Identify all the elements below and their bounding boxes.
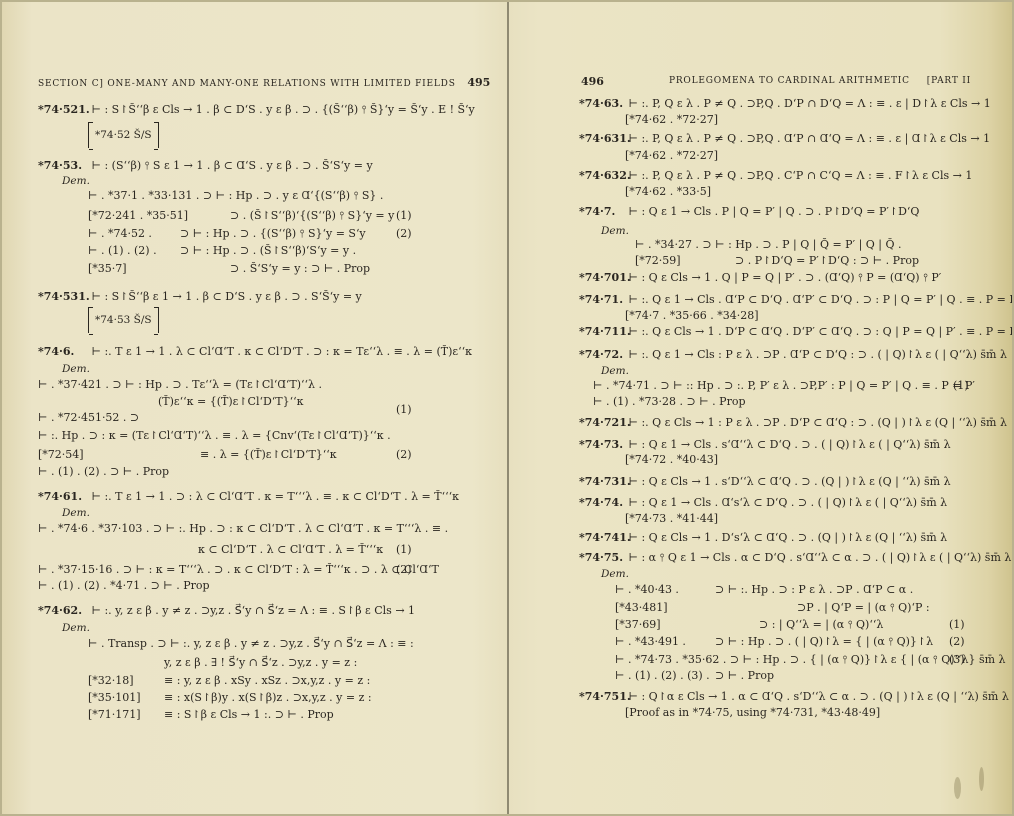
prop-74-701: *74·701. ⊢ : Q ε Cls → 1 . Q | P = Q | P… <box>579 271 941 285</box>
proof-ref: [*72·59] <box>635 254 681 268</box>
prop-number: *74·531. <box>38 290 88 304</box>
proof-ref: [*35·101] <box>88 691 141 705</box>
proof-line: ⊢ . *37·15·16 . ⊃ ⊢ : κ = T‘‘‘λ . ⊃ . κ … <box>38 563 439 577</box>
prop-statement: ⊢ : Q ε Cls → 1 . Q | P = Q | P′ . ⊃ . (… <box>629 271 942 284</box>
citation: [*74·62 . *72·27] <box>625 113 718 127</box>
left-running-title: SECTION C] ONE-MANY AND MANY-ONE RELATIO… <box>38 79 456 89</box>
prop-number: *74·631. <box>579 132 625 146</box>
prop-number: *74·521. <box>38 103 88 117</box>
proof-ref: ⊢ . *43·491 . <box>615 635 686 649</box>
proof-step: ≡ : S↾β ε Cls → 1 :. ⊃ ⊢ . Prop <box>164 708 334 722</box>
proof-ref: ⊢ . *74·52 . <box>88 227 152 241</box>
prop-statement: ⊢ :. T ε 1 → 1 . ⊃ : λ ⊂ Cl‘Ɑ‘T . κ = T‘… <box>92 490 459 503</box>
proof-line: ⊢ . *34·27 . ⊃ ⊢ : Hp . ⊃ . P | Q | Q̆ =… <box>635 238 902 252</box>
prop-number: *74·61. <box>38 490 88 504</box>
paper-stain <box>954 777 961 799</box>
citation: [*74·72 . *40·43] <box>625 453 718 467</box>
proof-line: ⊢ :. Hp . ⊃ : κ = (Tε↾Cl‘Ɑ‘T)‘‘λ . ≡ . λ… <box>38 429 391 443</box>
dem-label: Dem. <box>62 506 90 520</box>
proof-step: ⊃ . S̆‘S‘y = y : ⊃ ⊢ . Prop <box>230 262 370 276</box>
prop-number: *74·63. <box>579 97 625 111</box>
dem-label: Dem. <box>601 567 629 581</box>
proof-step: ⊃ ⊢ : Hp . ⊃ . (S̆↾S‘‘β)‘S‘y = y . <box>180 244 356 258</box>
citation: [*74·73 . *41·44] <box>625 512 718 526</box>
right-page: 496 PROLEGOMENA TO CARDINAL ARITHMETIC [… <box>509 2 1012 814</box>
proof-step: ⊃ ⊢ . Prop <box>715 669 774 683</box>
prop-statement: ⊢ : Q ε Cls → 1 . s‘D‘‘λ ⊂ Ɑ‘Q . ⊃ . (Q … <box>629 475 951 488</box>
prop-statement: ⊢ : Q↾α ε Cls → 1 . α ⊂ Ɑ‘Q . s‘D‘‘λ ⊂ α… <box>629 690 1009 703</box>
prop-statement: ⊢ : α ⫯ Q ε 1 → Cls . α ⊂ D‘Q . s‘Ɑ‘‘λ ⊂… <box>629 551 1012 564</box>
prop-74-7: *74·7. ⊢ : Q ε 1 → Cls . P | Q = P′ | Q … <box>579 205 919 219</box>
paper-stain <box>979 767 984 791</box>
prop-statement: ⊢ :. Q ε 1 → Cls : P ε λ . ⊃P . Ɑ‘P ⊂ D‘… <box>629 348 1007 361</box>
prop-74-631: *74·631. ⊢ :. P, Q ε λ . P ≠ Q . ⊃P,Q . … <box>579 132 990 146</box>
eq-number: (1) <box>396 403 412 417</box>
eq-number: (3) <box>949 653 965 667</box>
dem-label: Dem. <box>62 174 90 188</box>
prop-74-521: *74·521. ⊢ : S↾S̆‘‘β ε Cls → 1 . β ⊂ D‘S… <box>38 103 475 117</box>
proof-ref: [*43·481] <box>615 601 668 615</box>
prop-74-62: *74·62. ⊢ :. y, z ε β . y ≠ z . ⊃y,z . S… <box>38 604 415 618</box>
proof-step: ≡ : y, z ε β . xSy . xSz . ⊃x,y,z . y = … <box>164 674 370 688</box>
prop-number: *74·7. <box>579 205 625 219</box>
proof-ref: [*71·171] <box>88 708 141 722</box>
proof-step: κ ⊂ Cl‘D‘T . λ ⊂ Cl‘Ɑ‘T . λ = T̆‘‘‘κ <box>198 543 383 557</box>
left-page: SECTION C] ONE-MANY AND MANY-ONE RELATIO… <box>2 2 507 814</box>
eq-number: (1) <box>953 379 969 393</box>
prop-74-711: *74·711. ⊢ :. Q ε Cls → 1 . D‘P ⊂ Ɑ‘Q . … <box>579 325 1012 339</box>
proof-step: ≡ . λ = {(T̆)ε↾Cl‘D‘T}‘‘κ <box>200 448 337 462</box>
prop-74-632: *74·632. ⊢ :. P, Q ε λ . P ≠ Q . ⊃P,Q . … <box>579 169 972 183</box>
citation: [*74·7 . *35·66 . *34·28] <box>625 309 759 323</box>
proof-ref: [*32·18] <box>88 674 134 688</box>
proof-step: ⊃P . | Q‘P = | (α ⫯ Q)‘P : <box>797 601 930 615</box>
prop-74-72: *74·72. ⊢ :. Q ε 1 → Cls : P ε λ . ⊃P . … <box>579 348 1007 362</box>
prop-number: *74·751. <box>579 690 625 704</box>
prop-number: *74·741. <box>579 531 625 545</box>
proof-ref: ⊢ . (1) . (2) . (3) . <box>615 669 710 683</box>
book-spread: SECTION C] ONE-MANY AND MANY-ONE RELATIO… <box>2 2 1012 814</box>
proof-line: ⊢ . (1) . (2) . *4·71 . ⊃ ⊢ . Prop <box>38 579 210 593</box>
dem-label: Dem. <box>62 362 90 376</box>
prop-number: *74·53. <box>38 159 88 173</box>
proof-line: ⊢ . *74·71 . ⊃ ⊢ :: Hp . ⊃ :. P, P′ ε λ … <box>593 379 975 393</box>
proof-line: ⊢ . (1) . (2) . ⊃ ⊢ . Prop <box>38 465 169 479</box>
proof-step: ⊃ : | Q‘‘λ = | (α ⫯ Q)‘‘λ <box>759 618 883 632</box>
proof-ref: ⊢ . *40·43 . <box>615 583 679 597</box>
proof-step: y, z ε β . ∃ ! S⃗‘y ∩ S⃗‘z . ⊃y,z . y = … <box>164 656 357 670</box>
prop-number: *74·731. <box>579 475 625 489</box>
prop-statement: ⊢ :. P, Q ε λ . P ≠ Q . ⊃P,Q . Ɑ‘P ∩ Ɑ‘Q… <box>629 132 991 145</box>
proof-step: ≡ : x(S↾β)y . x(S↾β)z . ⊃x,y,z . y = z : <box>164 691 372 705</box>
prop-74-531: *74·531. ⊢ : S↾S̆‘‘β ε 1 → 1 . β ⊂ D‘S .… <box>38 290 362 304</box>
proof-line: ⊢ . *72·451·52 . ⊃ <box>38 411 139 425</box>
eq-number: (1) <box>396 543 412 557</box>
prop-number: *74·71. <box>579 293 625 307</box>
left-page-number: 495 <box>467 76 490 89</box>
prop-number: *74·72. <box>579 348 625 362</box>
prop-74-71: *74·71. ⊢ :. Q ε 1 → Cls . Ɑ‘P ⊂ D‘Q . Ɑ… <box>579 293 1012 307</box>
proof-ref: [*35·7] <box>88 262 127 276</box>
prop-statement: ⊢ :. Q ε Cls → 1 : P ε λ . ⊃P . D‘P ⊂ Ɑ‘… <box>629 416 1007 429</box>
proof-step: ⊃ ⊢ : Hp . ⊃ . ( | Q)↾λ = { | (α ⫯ Q)}↾λ <box>715 635 933 649</box>
eq-number: (2) <box>949 635 965 649</box>
prop-74-721: *74·721. ⊢ :. Q ε Cls → 1 : P ε λ . ⊃P .… <box>579 416 1007 430</box>
prop-statement: ⊢ :. Q ε Cls → 1 . D‘P ⊂ Ɑ‘Q . D‘P′ ⊂ Ɑ‘… <box>629 325 1013 338</box>
dem-label: Dem. <box>62 621 90 635</box>
proof-line: ⊢ . *74·6 . *37·103 . ⊃ ⊢ :. Hp . ⊃ : κ … <box>38 522 448 536</box>
proof-line: ⊢ . (1) . *73·28 . ⊃ ⊢ . Prop <box>593 395 746 409</box>
prop-statement: ⊢ :. Q ε 1 → Cls . Ɑ‘P ⊂ D‘Q . Ɑ‘P′ ⊂ D‘… <box>629 293 1013 306</box>
prop-statement: ⊢ : Q ε 1 → Cls . s‘Ɑ‘‘λ ⊂ D‘Q . ⊃ . ( |… <box>629 438 951 451</box>
prop-number: *74·73. <box>579 438 625 452</box>
prop-74-61: *74·61. ⊢ :. T ε 1 → 1 . ⊃ : λ ⊂ Cl‘Ɑ‘T … <box>38 490 459 504</box>
proof-ref: [*72·54] <box>38 448 84 462</box>
prop-number: *74·711. <box>579 325 625 339</box>
right-page-number: 496 <box>581 75 604 88</box>
prop-74-74: *74·74. ⊢ : Q ε 1 → Cls . Ɑ‘s‘λ ⊂ D‘Q . … <box>579 496 947 510</box>
eq-number: (1) <box>396 209 412 223</box>
prop-statement: ⊢ :. y, z ε β . y ≠ z . ⊃y,z . S⃗‘y ∩ S⃗… <box>92 604 416 617</box>
proof-line: ⊢ . *74·73 . *35·62 . ⊃ ⊢ : Hp . ⊃ . { |… <box>615 653 1006 667</box>
prop-statement: ⊢ : S↾S̆‘‘β ε 1 → 1 . β ⊂ D‘S . y ε β . … <box>92 290 362 303</box>
prop-74-73: *74·73. ⊢ : Q ε 1 → Cls . s‘Ɑ‘‘λ ⊂ D‘Q .… <box>579 438 951 452</box>
proof-line: ⊢ . Transp . ⊃ ⊢ :. y, z ε β . y ≠ z . ⊃… <box>88 637 414 651</box>
prop-number: *74·632. <box>579 169 625 183</box>
prop-number: *74·6. <box>38 345 88 359</box>
prop-statement: ⊢ : Q ε 1 → Cls . Ɑ‘s‘λ ⊂ D‘Q . ⊃ . ( | … <box>629 496 948 509</box>
prop-74-53: *74·53. ⊢ : (S‘‘β) ⫯ S ε 1 → 1 . β ⊂ Ɑ‘S… <box>38 159 373 173</box>
prop-74-741: *74·741. ⊢ : Q ε Cls → 1 . D‘s‘λ ⊂ Ɑ‘Q .… <box>579 531 947 545</box>
prop-number: *74·721. <box>579 416 625 430</box>
proof-step: ⊃ ⊢ :. Hp . ⊃ : P ε λ . ⊃P . Ɑ‘P ⊂ α . <box>715 583 913 597</box>
proof-line: ⊢ . *37·421 . ⊃ ⊢ : Hp . ⊃ . Tε‘‘λ = (Tε… <box>38 378 322 392</box>
prop-statement: ⊢ :. P, Q ε λ . P ≠ Q . ⊃P,Q . C‘P ∩ C‘Q… <box>629 169 973 182</box>
prop-statement: ⊢ : Q ε Cls → 1 . D‘s‘λ ⊂ Ɑ‘Q . ⊃ . (Q |… <box>629 531 948 544</box>
prop-number: *74·75. <box>579 551 625 565</box>
prop-statement: ⊢ :. P, Q ε λ . P ≠ Q . ⊃P,Q . D‘P ∩ D‘Q… <box>629 97 991 110</box>
substitution-ref: *74·52 S̆/S <box>88 122 159 148</box>
prop-number: *74·62. <box>38 604 88 618</box>
part-label: [PART II <box>927 76 971 86</box>
right-running-title: PROLEGOMENA TO CARDINAL ARITHMETIC <box>669 76 910 86</box>
proof-ref: [*72·241 . *35·51] <box>88 209 188 223</box>
prop-statement: ⊢ :. T ε 1 → 1 . λ ⊂ Cl‘Ɑ‘T . κ ⊂ Cl‘D‘T… <box>92 345 472 358</box>
left-running-head: SECTION C] ONE-MANY AND MANY-ONE RELATIO… <box>38 76 490 89</box>
prop-74-75: *74·75. ⊢ : α ⫯ Q ε 1 → Cls . α ⊂ D‘Q . … <box>579 551 1011 565</box>
prop-statement: ⊢ : (S‘‘β) ⫯ S ε 1 → 1 . β ⊂ Ɑ‘S . y ε β… <box>92 159 373 172</box>
prop-number: *74·701. <box>579 271 625 285</box>
proof-step: ⊃ . P↾D‘Q = P′↾D‘Q : ⊃ ⊢ . Prop <box>735 254 919 268</box>
dem-label: Dem. <box>601 364 629 378</box>
proof-ref: ⊢ . (1) . (2) . <box>88 244 157 258</box>
prop-74-751: *74·751. ⊢ : Q↾α ε Cls → 1 . α ⊂ Ɑ‘Q . s… <box>579 690 1009 704</box>
prop-74-731: *74·731. ⊢ : Q ε Cls → 1 . s‘D‘‘λ ⊂ Ɑ‘Q … <box>579 475 951 489</box>
prop-statement: ⊢ : Q ε 1 → Cls . P | Q = P′ | Q . ⊃ . P… <box>629 205 920 218</box>
prop-statement: ⊢ : S↾S̆‘‘β ε Cls → 1 . β ⊂ D‘S . y ε β … <box>92 103 475 116</box>
prop-74-6: *74·6. ⊢ :. T ε 1 → 1 . λ ⊂ Cl‘Ɑ‘T . κ ⊂… <box>38 345 472 359</box>
eq-number: (1) <box>949 618 965 632</box>
proof-step: ⊃ . (S̆↾S‘‘β)‘{(S‘‘β) ⫯ S}‘y = y <box>230 209 394 223</box>
proof-line: ⊢ . *37·1 . *33·131 . ⊃ ⊢ : Hp . ⊃ . y ε… <box>88 189 383 203</box>
eq-number: (2) <box>396 563 412 577</box>
citation: [*74·62 . *33·5] <box>625 185 711 199</box>
eq-number: (2) <box>396 227 412 241</box>
proof-step: (T̆)ε‘‘κ = {(T̆)ε↾Cl‘D‘T}‘‘κ <box>158 395 303 409</box>
proof-step: ⊃ ⊢ : Hp . ⊃ . {(S‘‘β) ⫯ S}‘y = S‘y <box>180 227 366 241</box>
proof-ref: [*37·69] <box>615 618 661 632</box>
citation: [Proof as in *74·75, using *74·731, *43·… <box>625 706 880 720</box>
prop-74-63: *74·63. ⊢ :. P, Q ε λ . P ≠ Q . ⊃P,Q . D… <box>579 97 991 111</box>
prop-number: *74·74. <box>579 496 625 510</box>
dem-label: Dem. <box>601 224 629 238</box>
citation: [*74·62 . *72·27] <box>625 149 718 163</box>
eq-number: (2) <box>396 448 412 462</box>
substitution-ref: *74·53 S̆/S <box>88 307 159 333</box>
